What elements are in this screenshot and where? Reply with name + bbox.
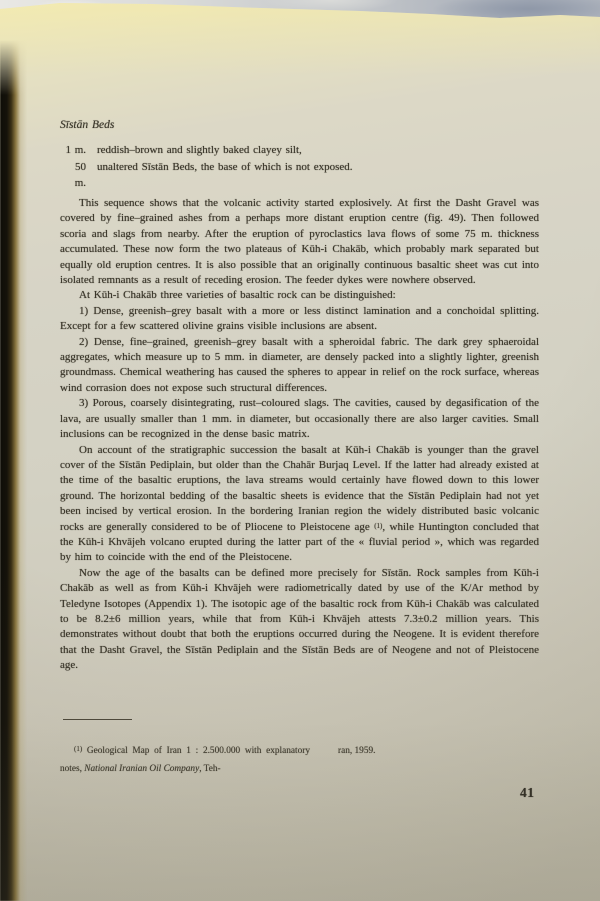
measurement-row: 50 m. unaltered Sīstān Beds, the base of… xyxy=(60,159,539,191)
measurement-description: unaltered Sīstān Beds, the base of which… xyxy=(97,159,353,191)
paragraph: 3) Porous, coarsely disintegrating, rust… xyxy=(60,396,539,442)
paragraph: This sequence shows that the volcanic ac… xyxy=(60,196,539,288)
book-page-photo: Sīstān Beds 1 m. reddish–brown and sligh… xyxy=(0,0,600,901)
footnote-right-column: ran, 1959. xyxy=(338,742,375,778)
footnote-left-column: (1) Geological Map of Iran 1 : 2.500.000… xyxy=(60,742,310,778)
footnote-text: , Teh- xyxy=(199,764,220,774)
printed-text-block: Sīstān Beds 1 m. reddish–brown and sligh… xyxy=(60,118,539,674)
body-paragraphs: This sequence shows that the volcanic ac… xyxy=(60,196,539,674)
paragraph: Now the age of the basalts can be define… xyxy=(60,566,539,674)
page-number: 41 xyxy=(520,785,535,801)
footnote-italic-text: National Iranian Oil Company xyxy=(84,764,199,774)
measurement-amount: 1 m. xyxy=(60,142,86,158)
footnote-separator-rule xyxy=(63,719,132,720)
paragraph: 1) Dense, greenish–grey basalt with a mo… xyxy=(60,304,539,335)
stratigraphy-measurements: 1 m. reddish–brown and slightly baked cl… xyxy=(60,142,539,191)
spine-shadow-edge xyxy=(0,40,27,901)
measurement-row: 1 m. reddish–brown and slightly baked cl… xyxy=(60,142,539,158)
footnote: (1) Geological Map of Iran 1 : 2.500.000… xyxy=(60,742,540,778)
footnote-marker: (1) xyxy=(74,745,82,753)
book-page: Sīstān Beds 1 m. reddish–brown and sligh… xyxy=(0,0,600,901)
measurement-amount: 50 m. xyxy=(60,159,86,191)
paragraph: At Kūh-i Chakāb three varieties of basal… xyxy=(60,288,539,303)
paragraph: 2) Dense, fine–grained, greenish–grey ba… xyxy=(60,335,539,397)
section-title: Sīstān Beds xyxy=(60,118,539,133)
paragraph: On account of the stratigraphic successi… xyxy=(60,443,539,566)
measurement-description: reddish–brown and slightly baked clayey … xyxy=(97,142,302,158)
